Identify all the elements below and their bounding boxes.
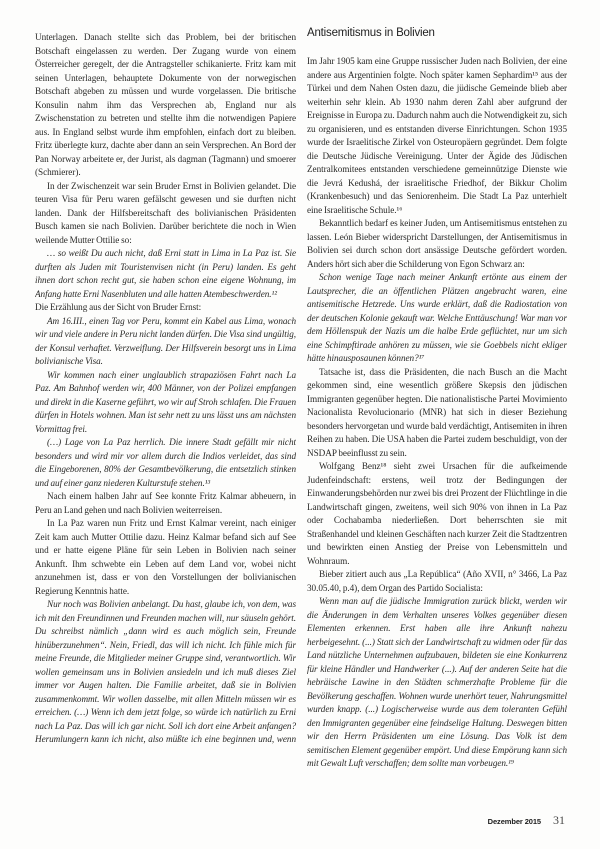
paragraph: Wir kommen nach einer unglaublich strapa…: [35, 369, 296, 437]
paragraph: Nach einem halben Jahr auf See konnte Fr…: [35, 490, 296, 517]
journal-page: Unterlagen. Danach stellte sich das Prob…: [0, 0, 600, 849]
paragraph: In der Zwischenzeit war sein Bruder Erns…: [35, 180, 296, 248]
paragraph: (…) Lage von La Paz herrlich. Die innere…: [35, 436, 296, 490]
right-text-column: Antisemitismus in Bolivien Im Jahr 1905 …: [307, 27, 567, 787]
page-number: 31: [553, 813, 565, 828]
paragraph: Bekanntlich bedarf es keiner Juden, um A…: [307, 217, 567, 271]
paragraph: Schon wenige Tage nach meiner Ankunft er…: [307, 271, 567, 366]
paragraph: Bieber zitiert auch aus „La República“ (…: [307, 568, 567, 595]
paragraph: … so weißt Du auch nicht, daß Erni statt…: [35, 247, 296, 301]
left-text-column: Unterlagen. Danach stellte sich das Prob…: [35, 31, 296, 749]
paragraph: Tatsache ist, dass die Präsidenten, die …: [307, 366, 567, 461]
page-footer: Dezember 2015 31: [488, 813, 565, 828]
paragraph: Nur noch was Bolivien anbelangt. Du hast…: [35, 598, 296, 749]
issue-date: Dezember 2015: [488, 817, 541, 826]
paragraph: In La Paz waren nun Fritz und Ernst Kalm…: [35, 517, 296, 598]
paragraph: Wolfgang Benz¹⁸ sieht zwei Ursachen für …: [307, 460, 567, 568]
paragraph: Im Jahr 1905 kam eine Gruppe russischer …: [307, 55, 567, 217]
paragraph: Die Erzählung aus der Sicht von Bruder E…: [35, 301, 296, 315]
paragraph: Wenn man auf die jüdische Immigration zu…: [307, 595, 567, 771]
section-heading: Antisemitismus in Bolivien: [307, 27, 567, 39]
paragraph: Unterlagen. Danach stellte sich das Prob…: [35, 31, 296, 180]
paragraph: Am 16.III., einen Tag vor Peru, kommt ei…: [35, 315, 296, 369]
right-column-body: Im Jahr 1905 kam eine Gruppe russischer …: [307, 55, 567, 771]
